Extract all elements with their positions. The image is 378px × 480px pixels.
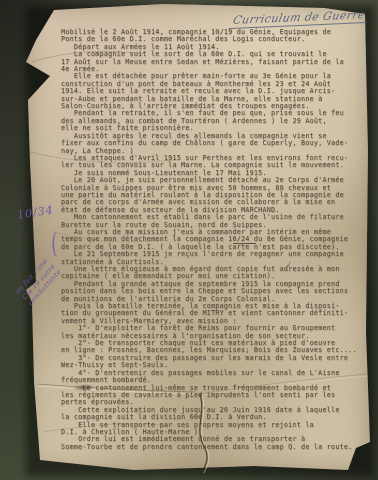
photo-background: Mobilisé le 2 Août 1914, compagnie 10/19… bbox=[0, 0, 378, 480]
typed-line: 17 Août sur la Meuse entre Sedan et Mézi… bbox=[61, 59, 367, 66]
typed-body: Mobilisé le 2 Août 1914, compagnie 10/19… bbox=[61, 29, 367, 451]
typed-underline-10-24 bbox=[233, 243, 256, 244]
ink-parenthesis-mark: ( bbox=[51, 229, 58, 261]
typed-line: Somme-Tourbe et de prendre cantonnement … bbox=[61, 444, 367, 451]
